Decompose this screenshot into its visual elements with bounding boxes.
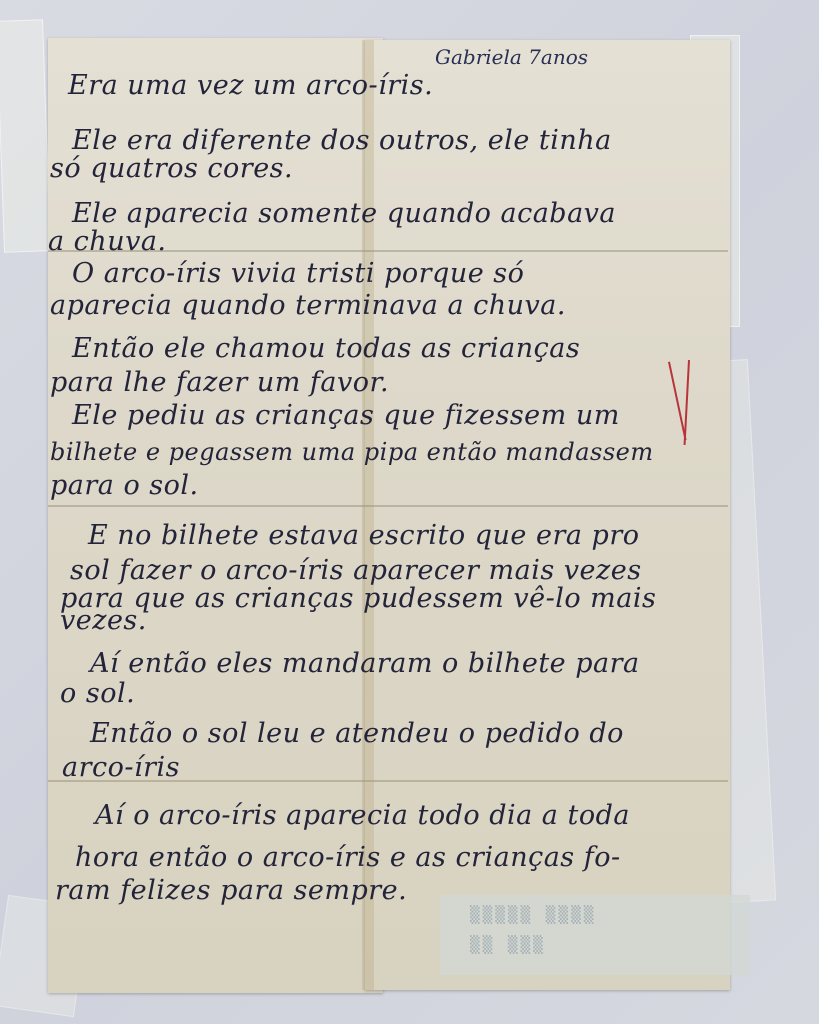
text-line: o sol. xyxy=(60,678,135,710)
text-line: Era uma vez um arco-íris. xyxy=(68,70,433,102)
tape-top-left xyxy=(0,19,51,252)
text-line: Então o sol leu e atendeu o pedido do xyxy=(90,718,624,750)
text-line: vezes. xyxy=(60,605,147,637)
text-line: Aí então eles mandaram o bilhete para xyxy=(90,648,640,680)
text-line: O arco-íris vivia tristi porque só xyxy=(72,258,524,290)
text-line: Ele pediu as crianças que fizessem um xyxy=(72,400,620,432)
text-line: Então ele chamou todas as crianças xyxy=(72,333,580,365)
text-line: hora então o arco-íris e as crianças fo- xyxy=(75,842,621,874)
text-line: a chuva. xyxy=(48,226,167,258)
text-line: para lhe fazer um favor. xyxy=(50,367,389,399)
text-line: arco-íris xyxy=(62,752,180,784)
text-line: ram felizes para sempre. xyxy=(55,875,407,907)
text-line: para o sol. xyxy=(50,470,199,502)
faded-stamp: ▒▒▒▒▒ ▒▒▒▒ xyxy=(470,905,596,924)
text-line: E no bilhete estava escrito que era pro xyxy=(88,520,640,552)
fold-line xyxy=(48,505,728,507)
text-line: para que as crianças pudessem vê-lo mais xyxy=(60,583,656,615)
text-line: Aí o arco-íris aparecia todo dia a toda xyxy=(95,800,630,832)
text-line: só quatros cores. xyxy=(50,153,293,185)
text-line: bilhete e pegassem uma pipa então mandas… xyxy=(50,436,654,468)
faded-stamp: ▒▒ ▒▒▒ xyxy=(470,935,546,954)
text-line: aparecia quando terminava a chuva. xyxy=(50,290,566,322)
author-name-age: Gabriela 7anos xyxy=(435,45,588,69)
